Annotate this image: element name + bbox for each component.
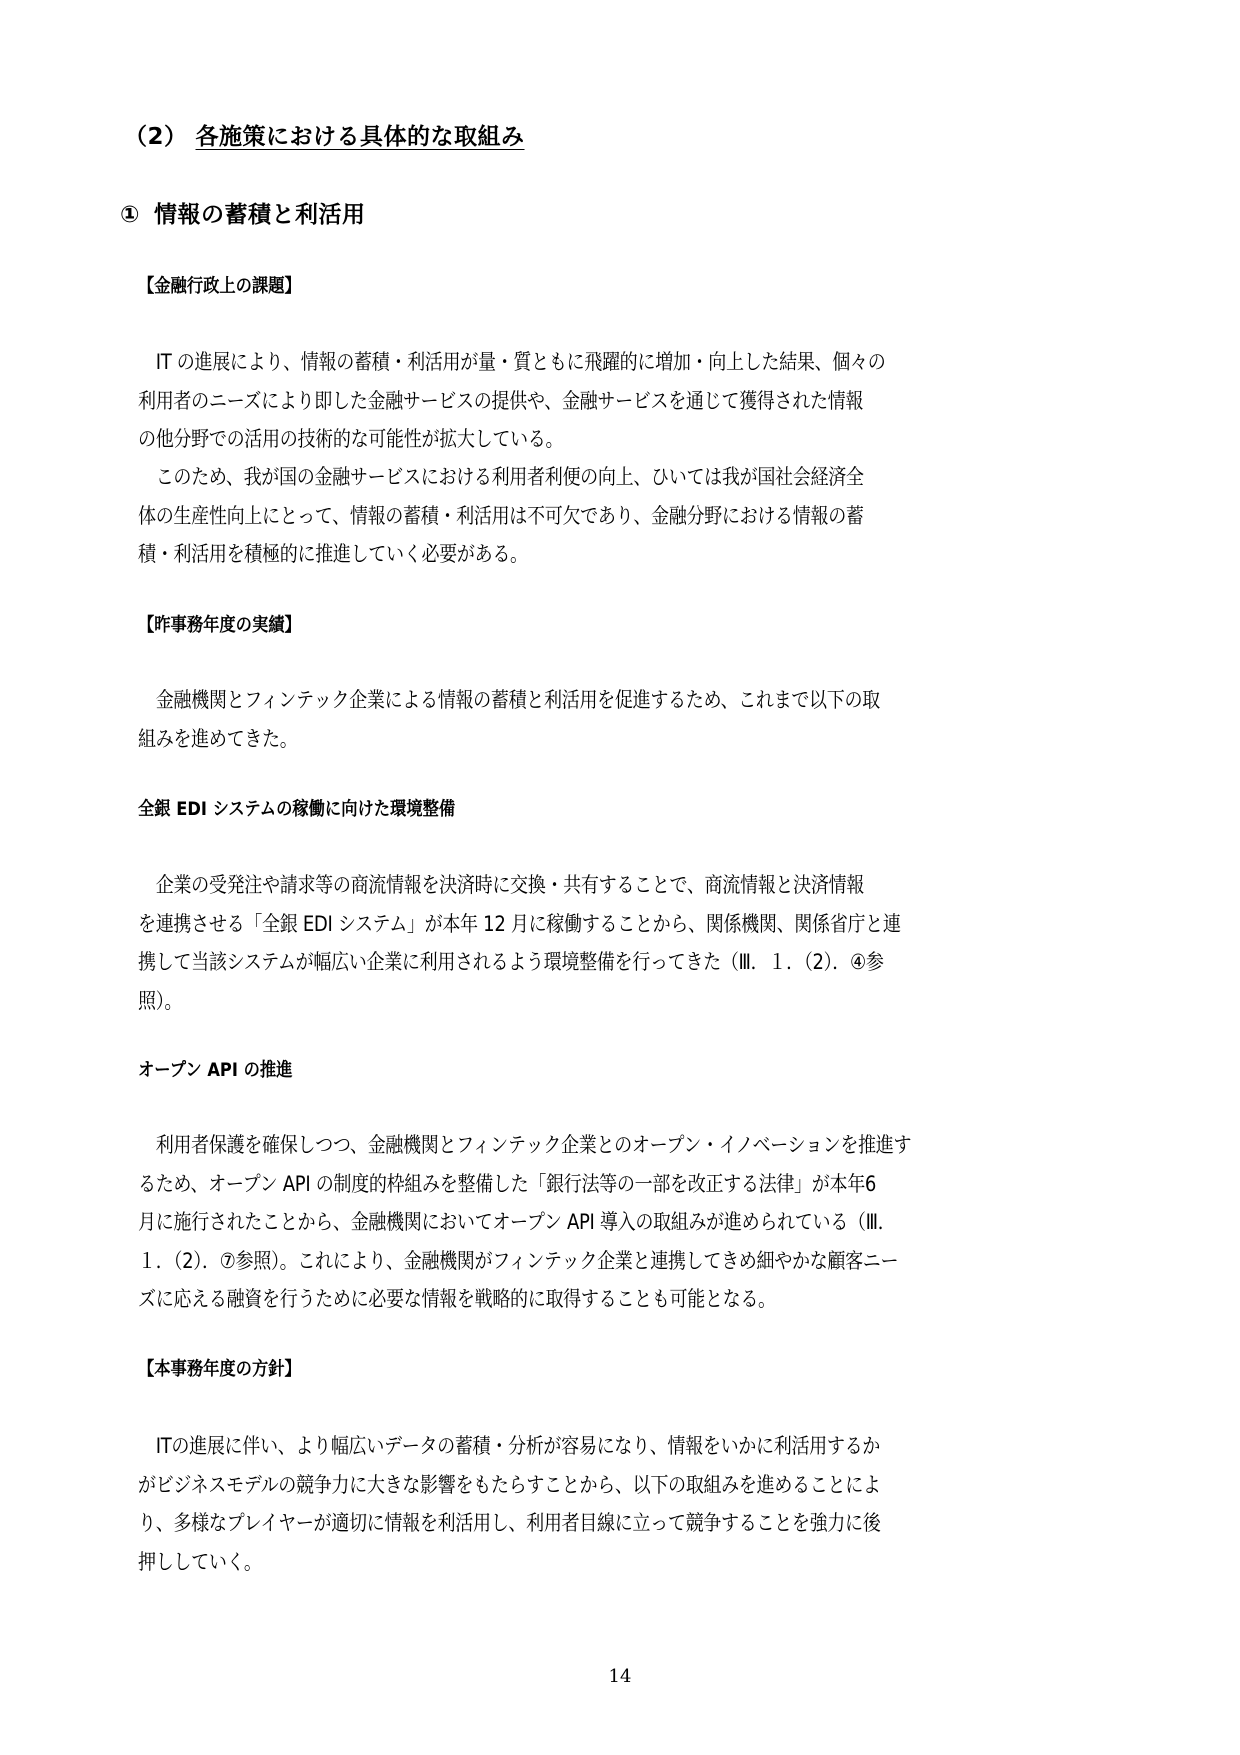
document-page: （2）各施策における具体的な取組み ①情報の蓄積と利活用 【金融行政上の課題】 … — [0, 0, 1240, 1755]
text-line: 月に施行されたことから、金融機関においてオープン API 導入の取組みが進められ… — [138, 1203, 1101, 1242]
heading-open-api: オープン API の推進 — [138, 1056, 292, 1082]
page-number: 14 — [0, 1666, 1240, 1687]
paragraph: 利用者保護を確保しつつ、金融機関とフィンテック企業とのオープン・イノベーションを… — [138, 1126, 1103, 1319]
paragraph: ITの進展に伴い、より幅広いデータの蓄積・分析が容易になり、情報をいかに利活用す… — [138, 1427, 1103, 1581]
text-line: るため、オープン API の制度的枠組みを整備した「銀行法等の一部を改正する法律… — [138, 1165, 1101, 1204]
section-title: （2）各施策における具体的な取組み — [124, 118, 525, 151]
paragraph: このため、我が国の金融サービスにおける利用者利便の向上、ひいては我が国社会経済全… — [138, 458, 1103, 574]
text-line: ITの進展に伴い、より幅広いデータの蓄積・分析が容易になり、情報をいかに利活用す… — [138, 1427, 1101, 1466]
text-line: 積・利活用を積極的に推進していく必要がある。 — [138, 535, 1101, 574]
heading-last-year-results: 【昨事務年度の実績】 — [138, 611, 301, 637]
section-number: （2） — [124, 124, 188, 150]
text-line: がビジネスモデルの競争力に大きな影響をもたらすことから、以下の取組みを進めること… — [138, 1466, 1101, 1505]
subsection-title-text: 情報の蓄積と利活用 — [154, 202, 366, 228]
text-line: 企業の受発注や請求等の商流情報を決済時に交換・共有することで、商流情報と決済情報 — [138, 866, 1101, 905]
text-line: IT の進展により、情報の蓄積・利活用が量・質ともに飛躍的に増加・向上した結果、… — [138, 343, 1101, 382]
text-line: 携して当該システムが幅広い企業に利用されるよう環境整備を行ってきた（Ⅲ．１．（2… — [138, 943, 1101, 982]
text-line: 金融機関とフィンテック企業による情報の蓄積と利活用を促進するため、これまで以下の… — [138, 681, 1101, 720]
text-line: 体の生産性向上にとって、情報の蓄積・利活用は不可欠であり、金融分野における情報の… — [138, 497, 1101, 536]
text-line: り、多様なプレイヤーが適切に情報を利活用し、利用者目線に立って競争することを強力… — [138, 1504, 1101, 1543]
text-line: の他分野での活用の技術的な可能性が拡大している。 — [138, 420, 1101, 459]
paragraph: 企業の受発注や請求等の商流情報を決済時に交換・共有することで、商流情報と決済情報… — [138, 866, 1103, 1020]
text-line: このため、我が国の金融サービスにおける利用者利便の向上、ひいては我が国社会経済全 — [138, 458, 1101, 497]
text-line: 利用者のニーズにより即した金融サービスの提供や、金融サービスを通じて獲得された情… — [138, 382, 1101, 421]
heading-zengin-edi: 全銀 EDI システムの稼働に向けた環境整備 — [138, 795, 455, 821]
text-line: 利用者保護を確保しつつ、金融機関とフィンテック企業とのオープン・イノベーションを… — [138, 1126, 1101, 1165]
text-line: ズに応える融資を行うために必要な情報を戦略的に取得することも可能となる。 — [138, 1280, 1101, 1319]
text-line: １．（2）．⑦参照）。これにより、金融機関がフィンテック企業と連携してきめ細やか… — [138, 1242, 1101, 1281]
heading-this-year-policy: 【本事務年度の方針】 — [138, 1355, 301, 1381]
paragraph: 金融機関とフィンテック企業による情報の蓄積と利活用を促進するため、これまで以下の… — [138, 681, 1103, 758]
text-line: 押ししていく。 — [138, 1543, 1101, 1582]
paragraph: IT の進展により、情報の蓄積・利活用が量・質ともに飛躍的に増加・向上した結果、… — [138, 343, 1103, 459]
text-line: を連携させる「全銀 EDI システム」が本年 12 月に稼働することから、関係機… — [138, 905, 1101, 944]
heading-financial-admin-issues: 【金融行政上の課題】 — [138, 272, 301, 298]
section-title-text: 各施策における具体的な取組み — [196, 124, 525, 150]
text-line: 照）。 — [138, 982, 1101, 1021]
subsection-number: ① — [120, 202, 140, 228]
text-line: 組みを進めてきた。 — [138, 720, 1101, 759]
subsection-title: ①情報の蓄積と利活用 — [120, 196, 365, 229]
